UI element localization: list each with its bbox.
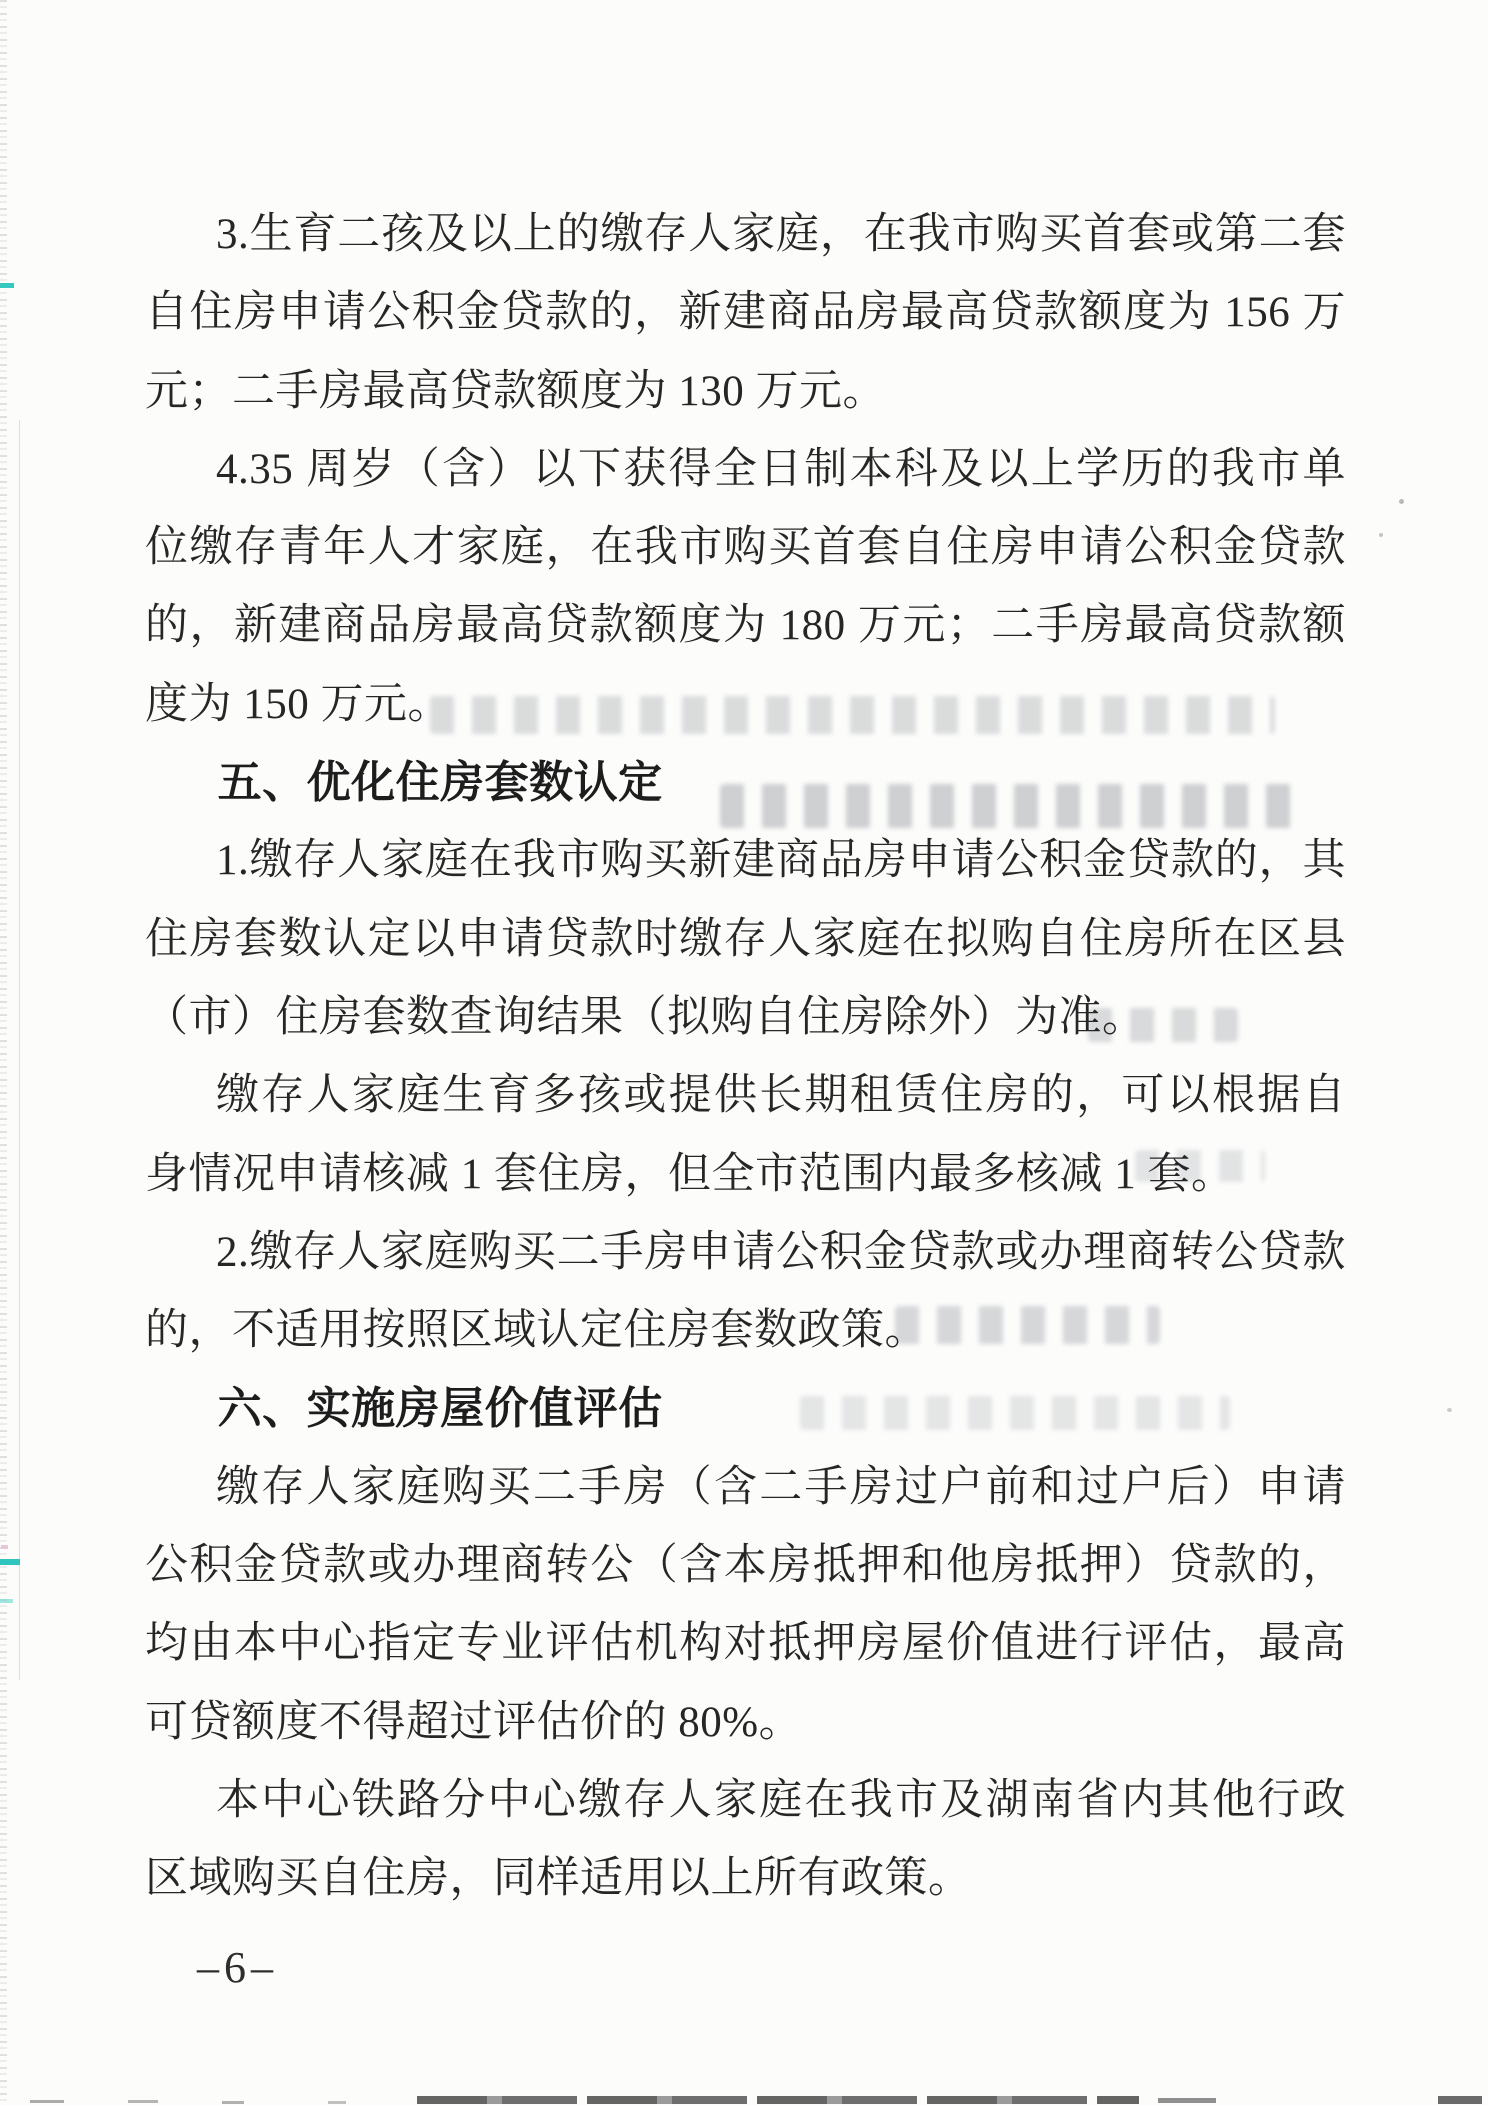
scan-artifact-cyan-line (0, 1599, 13, 1603)
scan-band-bottom-edge (222, 2101, 244, 2104)
scan-speck (1379, 533, 1383, 537)
scan-artifact-pink-speck (1, 1545, 8, 1549)
paragraph-section5-note: 缴存人家庭生育多孩或提供长期租赁住房的，可以根据自身情况申请核减 1 套住房，但… (145, 1057, 1346, 1214)
scan-band-bottom-edge (30, 2100, 64, 2103)
scan-artifact-cyan-line (0, 1559, 20, 1565)
paragraph-section6-railway: 本中心铁路分中心缴存人家庭在我市及湖南省内其他行政区域购买自住房，同样适用以上所… (145, 1762, 1346, 1919)
scanned-document-page: 3.生育二孩及以上的缴存人家庭，在我市购买首套或第二套自住房申请公积金贷款的，新… (0, 0, 1488, 2105)
paragraph-item-3: 3.生育二孩及以上的缴存人家庭，在我市购买首套或第二套自住房申请公积金贷款的，新… (145, 196, 1346, 431)
scan-band-bottom-edge (128, 2100, 158, 2103)
paragraph-section6-body: 缴存人家庭购买二手房（含二手房过户前和过户后）申请公积金贷款或办理商转公（含本房… (145, 1449, 1346, 1762)
section-heading-6: 六、实施房屋价值评估 (145, 1370, 1346, 1448)
scan-band-bottom-edge (328, 2101, 346, 2104)
document-body: 3.生育二孩及以上的缴存人家庭，在我市购买首套或第二套自住房申请公积金贷款的，新… (145, 196, 1346, 1919)
paragraph-section5-item-1: 1.缴存人家庭在我市购买新建商品房申请公积金贷款的，其住房套数认定以申请贷款时缴… (145, 822, 1346, 1057)
scan-noise-left-edge (0, 0, 7, 2105)
page-number: –6– (197, 1942, 278, 1993)
paragraph-item-4: 4.35 周岁（含）以下获得全日制本科及以上学历的我市单位缴存青年人才家庭，在我… (145, 431, 1346, 744)
section-heading-5: 五、优化住房套数认定 (145, 744, 1346, 822)
scan-band-bottom-edge (1158, 2098, 1216, 2103)
scan-speck (1399, 499, 1404, 504)
scan-speck (1447, 1408, 1452, 1412)
scan-artifact-cyan-line (0, 283, 14, 288)
scan-band-bottom-edge (1438, 2096, 1482, 2104)
scan-line-left-edge (19, 420, 20, 1680)
scan-band-bottom-edge (417, 2096, 1139, 2104)
paragraph-section5-item-2: 2.缴存人家庭购买二手房申请公积金贷款或办理商转公贷款的，不适用按照区域认定住房… (145, 1214, 1346, 1371)
